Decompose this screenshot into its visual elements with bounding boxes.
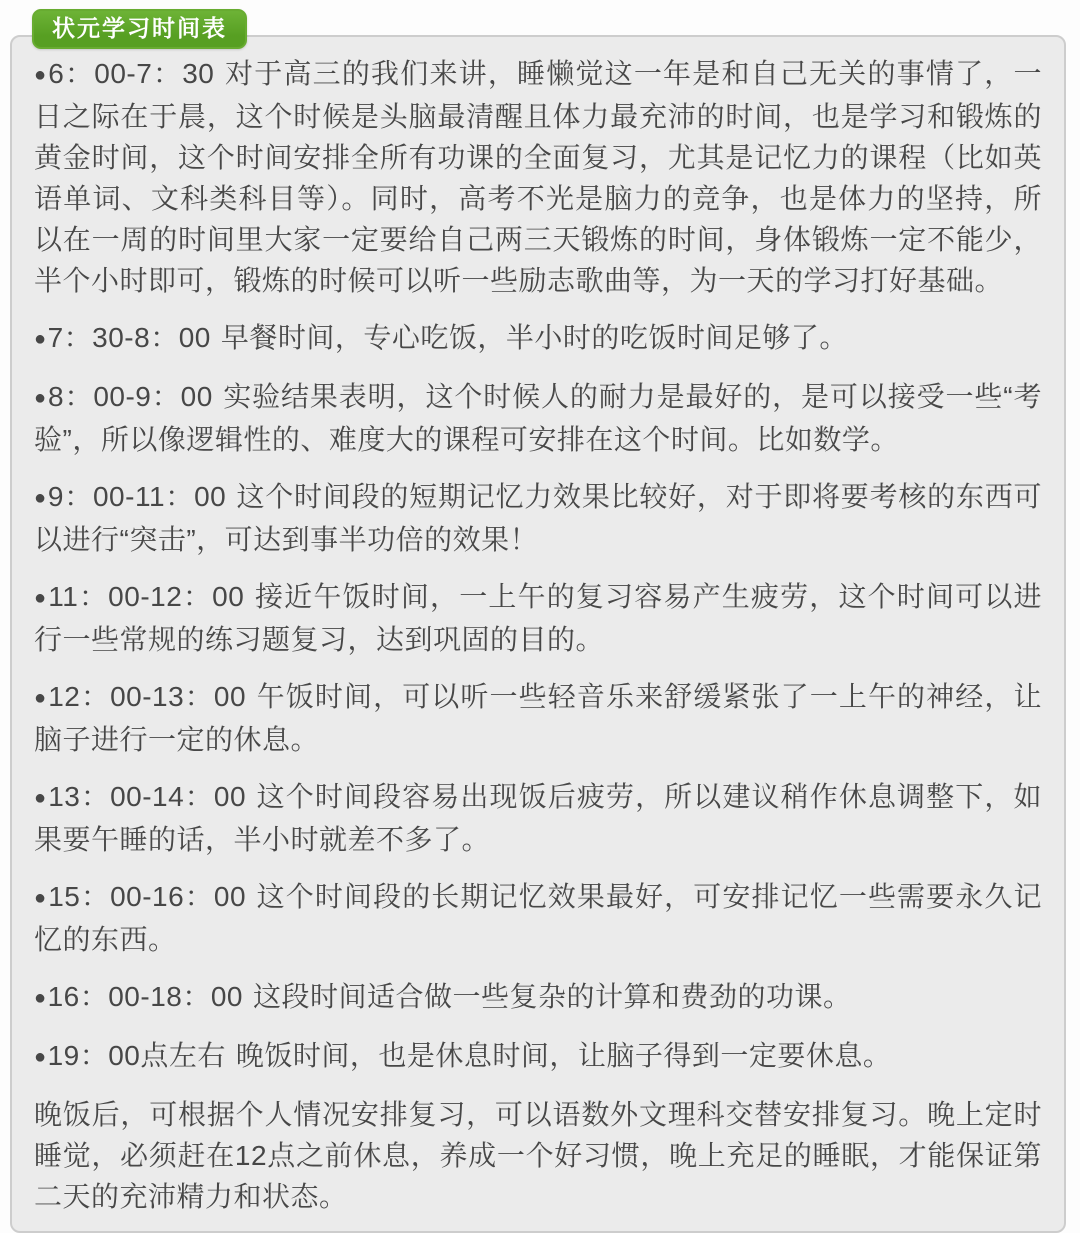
bullet-icon: ●: [34, 587, 47, 609]
schedule-item: ●16：00-18：00这段时间适合做一些复杂的计算和费劲的功课。: [34, 976, 1042, 1019]
bullet-icon: ●: [34, 387, 47, 409]
time-range: 12：00-13：00: [48, 681, 246, 712]
item-text: 早餐时间，专心吃饭，半小时的吃饭时间足够了。: [221, 322, 848, 353]
content-panel: 状元学习时间表 ●6：00-7：30对于高三的我们来讲，睡懒觉这一年是和自己无关…: [10, 35, 1066, 1233]
item-text: 这段时间适合做一些复杂的计算和费劲的功课。: [253, 981, 852, 1012]
schedule-item: ●19：00点左右晚饭时间，也是休息时间，让脑子得到一定要休息。: [34, 1035, 1042, 1078]
time-range: 16：00-18：00: [48, 981, 243, 1012]
time-range: 15：00-16：00: [48, 881, 246, 912]
time-range: 13：00-14：00: [48, 781, 246, 812]
schedule-item: ●12：00-13：00午饭时间，可以听一些轻音乐来舒缓紧张了一上午的神经，让脑…: [34, 676, 1042, 760]
bullet-icon: ●: [34, 64, 47, 86]
item-text: 晚饭时间，也是休息时间，让脑子得到一定要休息。: [236, 1040, 892, 1071]
bullet-icon: ●: [34, 1046, 47, 1068]
bullet-icon: ●: [34, 787, 47, 809]
schedule-item: ●8：00-9：00实验结果表明，这个时候人的耐力是最好的，是可以接受一些“考验…: [34, 376, 1042, 460]
schedule-item: ●15：00-16：00这个时间段的长期记忆效果最好，可安排记忆一些需要永久记忆…: [34, 876, 1042, 960]
title-badge: 状元学习时间表: [32, 9, 247, 49]
time-range: 8：00-9：00: [48, 381, 213, 412]
bullet-icon: ●: [34, 687, 47, 709]
bullet-icon: ●: [34, 887, 47, 909]
schedule-item: ●7：30-8：00早餐时间，专心吃饭，半小时的吃饭时间足够了。: [34, 317, 1042, 360]
bullet-icon: ●: [34, 328, 47, 350]
time-range: 7：30-8：00: [48, 322, 211, 353]
page: 状元学习时间表 ●6：00-7：30对于高三的我们来讲，睡懒觉这一年是和自己无关…: [0, 0, 1080, 1203]
schedule-item: ●13：00-14：00这个时间段容易出现饭后疲劳，所以建议稍作休息调整下，如果…: [34, 776, 1042, 860]
schedule-item: ●9：00-11：00这个时间段的短期记忆力效果比较好，对于即将要考核的东西可以…: [34, 476, 1042, 560]
footer-note: 晚饭后，可根据个人情况安排复习，可以语数外文理科交替安排复习。晚上定时睡觉，必须…: [34, 1094, 1042, 1217]
time-range: 19：00点左右: [48, 1040, 226, 1071]
time-range: 9：00-11：00: [48, 481, 226, 512]
time-range: 6：00-7：30: [48, 58, 214, 89]
schedule-item: ●6：00-7：30对于高三的我们来讲，睡懒觉这一年是和自己无关的事情了，一日之…: [34, 53, 1042, 301]
bullet-icon: ●: [34, 487, 47, 509]
bullet-icon: ●: [34, 987, 47, 1009]
item-text: 对于高三的我们来讲，睡懒觉这一年是和自己无关的事情了，一日之际在于晨，这个时候是…: [34, 58, 1042, 296]
schedule-item: ●11：00-12：00接近午饭时间，一上午的复习容易产生疲劳，这个时间可以进行…: [34, 576, 1042, 660]
time-range: 11：00-12：00: [48, 581, 244, 612]
